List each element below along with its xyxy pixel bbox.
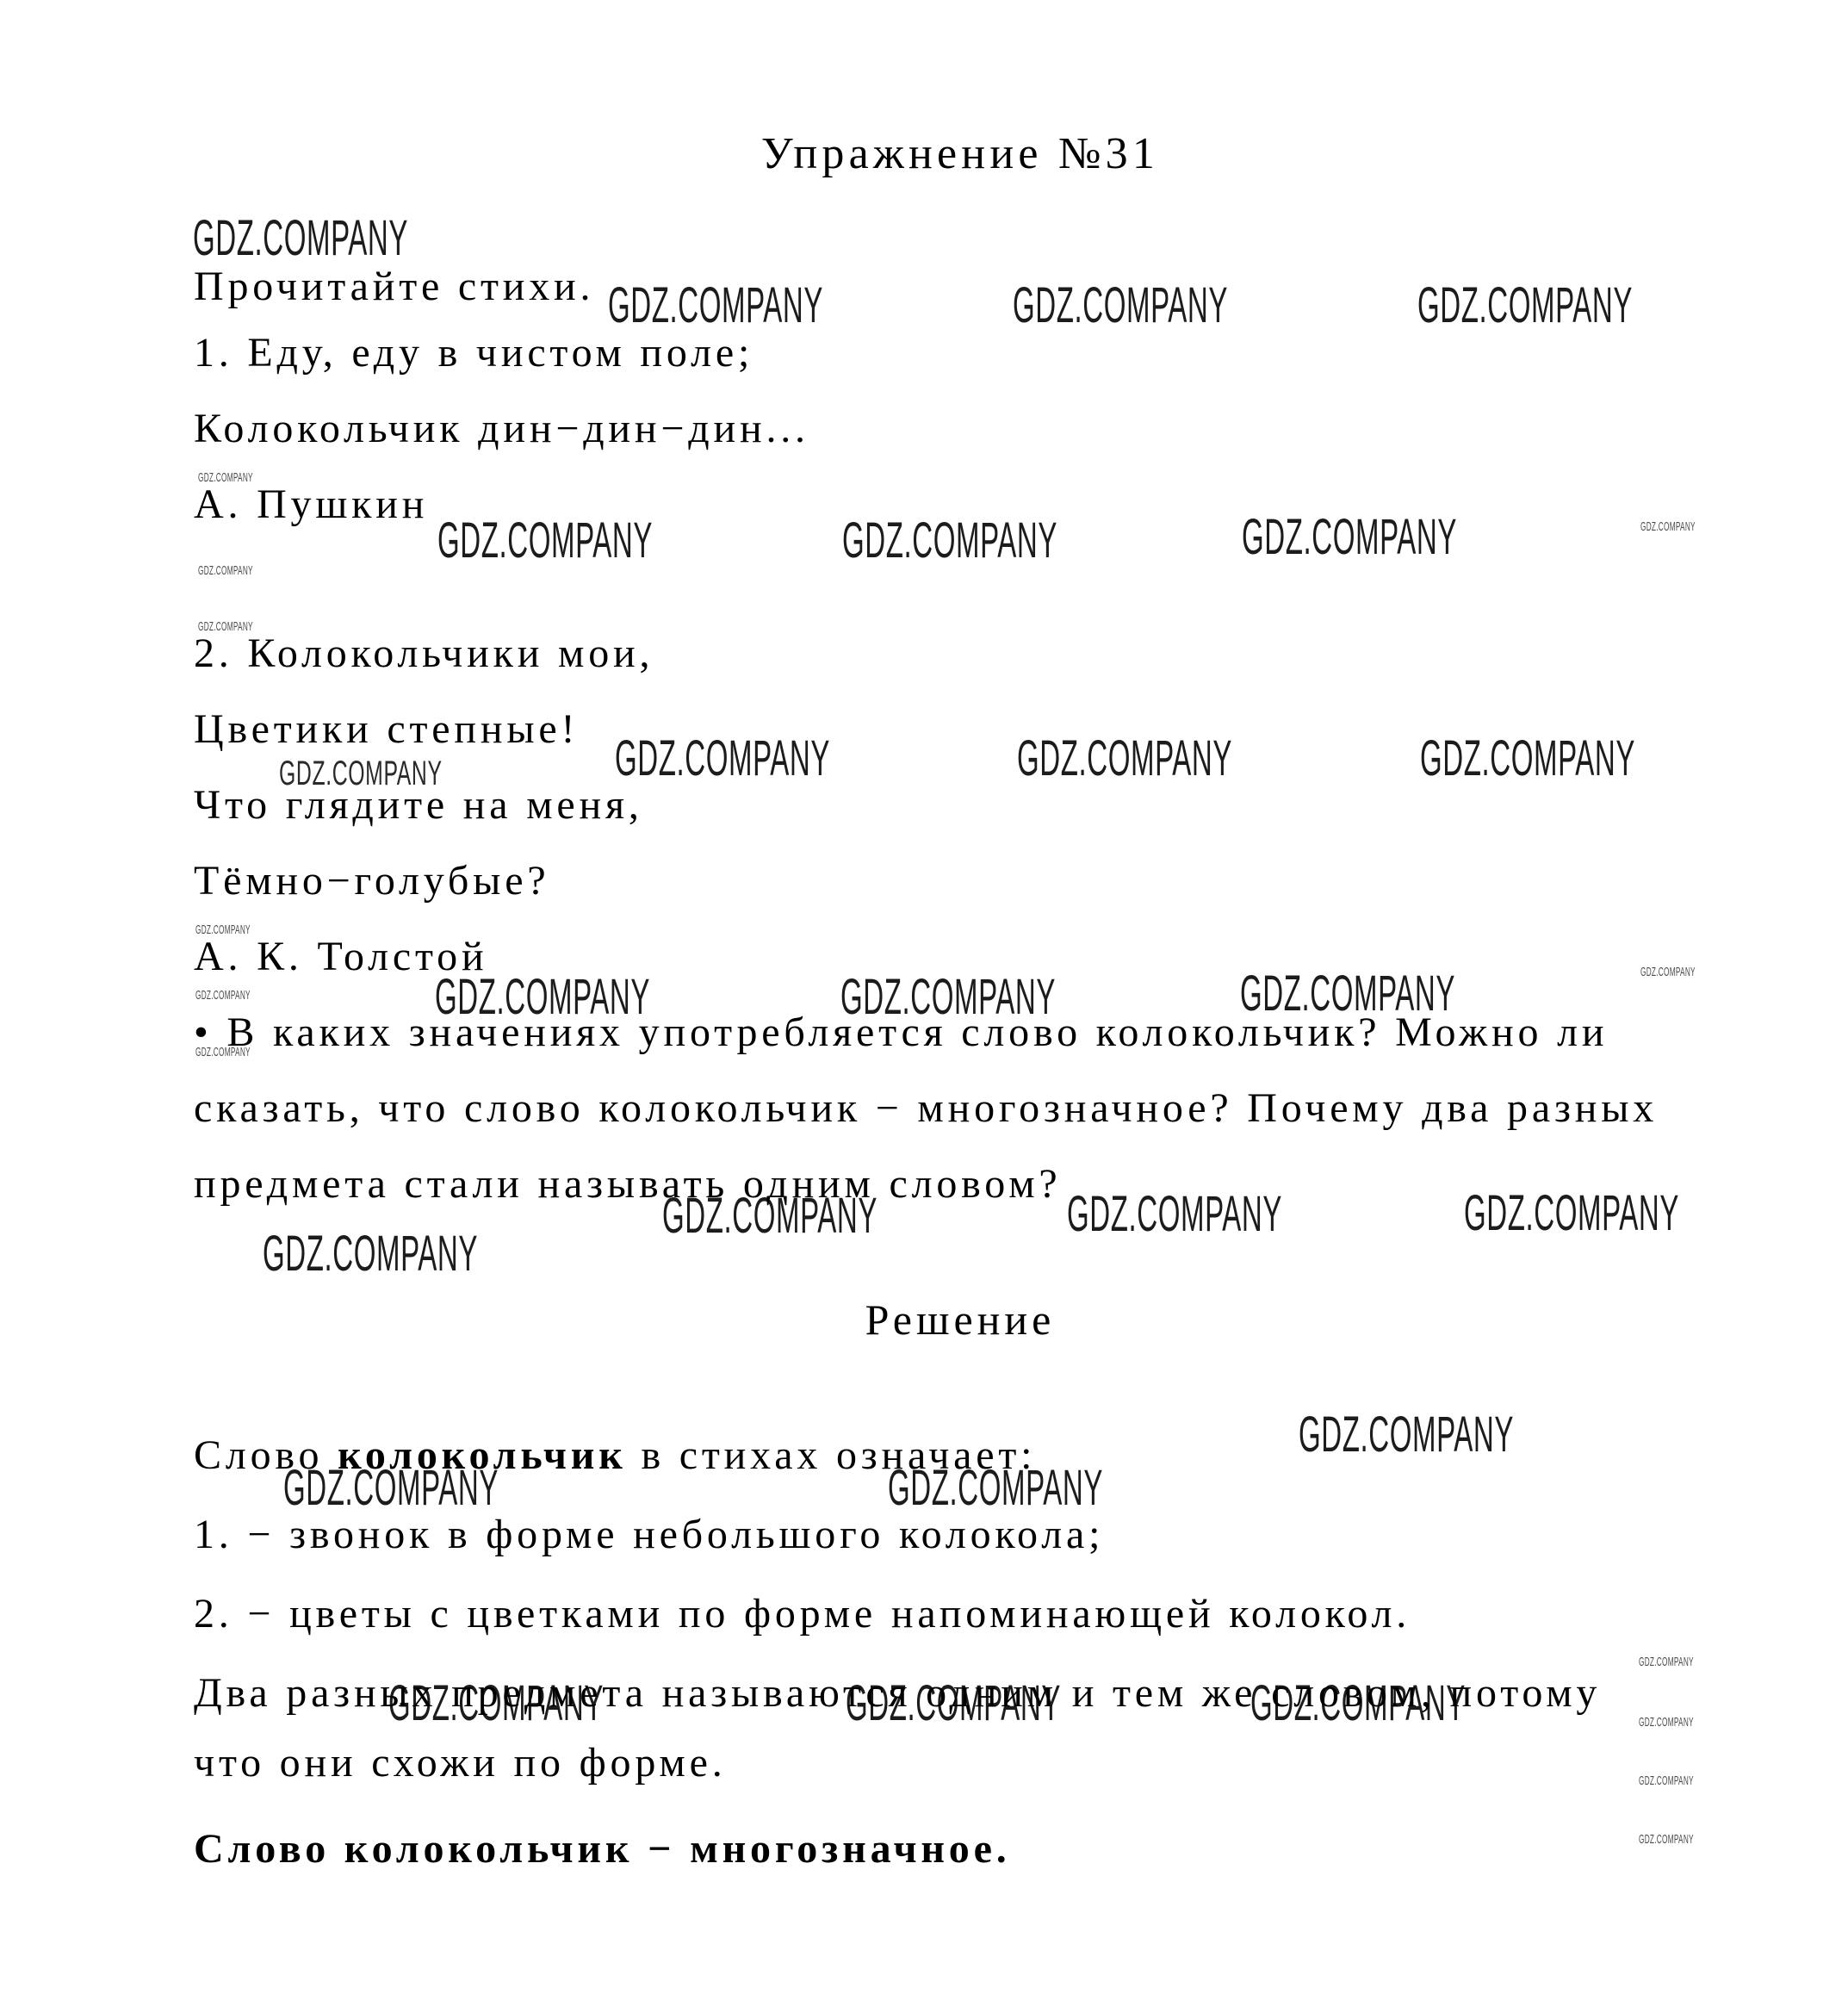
solution-conclusion: Слово колокольчик − многозначное. [194,1825,1011,1873]
task-intro: Прочитайте стихи. [194,263,594,310]
solution-intro-post: в стихах означает: [627,1432,1037,1478]
poem2-author: А. К. Толстой [194,933,487,980]
gdz-watermark: GDZ.COMPANY [1464,1189,1679,1239]
gdz-watermark: GDZ.COMPANY [1420,734,1635,784]
poem2-line: 2. Колокольчики мои, [194,630,654,677]
gdz-watermark-tiny: GDZ.COMPANY [198,564,253,577]
gdz-watermark: GDZ.COMPANY [1017,734,1232,784]
gdz-watermark-tiny: GDZ.COMPANY [1639,1774,1694,1787]
poem1-line: Колокольчик дин−дин−дин... [194,405,809,452]
gdz-watermark: GDZ.COMPANY [263,1229,478,1279]
poem1-line: 1. Еду, еду в чистом поле; [194,329,753,376]
gdz-watermark-tiny: GDZ.COMPANY [1639,1716,1694,1729]
poem2-line: Тёмно−голубые? [194,857,549,904]
gdz-watermark: GDZ.COMPANY [1299,1410,1514,1460]
gdz-watermark: GDZ.COMPANY [1013,281,1228,331]
poem1-author: А. Пушкин [194,481,428,528]
solution-intro: Слово колокольчик в стихах означает: [194,1432,1036,1479]
gdz-watermark: GDZ.COMPANY [1417,281,1633,331]
gdz-watermark-tiny: GDZ.COMPANY [1640,966,1696,978]
solution-heading: Решение [194,1295,1727,1345]
gdz-watermark: GDZ.COMPANY [842,516,1057,566]
gdz-watermark-tiny: GDZ.COMPANY [1640,520,1696,533]
exercise-title: Упражнение №31 [194,128,1727,180]
poem2-line: Цветики степные! [194,705,579,753]
gdz-watermark: GDZ.COMPANY [437,516,653,566]
document-page: GDZ.COMPANY GDZ.COMPANY GDZ.COMPANY GDZ.… [0,0,1848,2000]
gdz-watermark: GDZ.COMPANY [1067,1189,1282,1239]
gdz-watermark: GDZ.COMPANY [193,214,408,264]
solution-explanation-line: Два разных предмета называются одним и т… [194,1669,1601,1717]
solution-meaning: 2. − цветы с цветками по форме напоминаю… [194,1590,1411,1637]
question-line: сказать, что слово колокольчик − многозн… [194,1084,1658,1132]
solution-explanation-line: что они схожи по форме. [194,1739,727,1786]
gdz-watermark-tiny: GDZ.COMPANY [195,989,251,1002]
solution-intro-term: колокольчик [338,1432,627,1478]
solution-intro-pre: Слово [194,1432,338,1478]
gdz-watermark: GDZ.COMPANY [1242,512,1457,562]
gdz-watermark-tiny: GDZ.COMPANY [1639,1655,1694,1668]
gdz-watermark-tiny: GDZ.COMPANY [1639,1833,1694,1846]
question-line: предмета стали называть одним словом? [194,1160,1061,1208]
question-line: • В каких значениях употребляется слово … [194,1009,1608,1056]
gdz-watermark: GDZ.COMPANY [615,734,830,784]
gdz-watermark: GDZ.COMPANY [608,281,823,331]
solution-meaning: 1. − звонок в форме небольшого колокола; [194,1511,1104,1558]
poem2-line: Что глядите на меня, [194,781,643,829]
